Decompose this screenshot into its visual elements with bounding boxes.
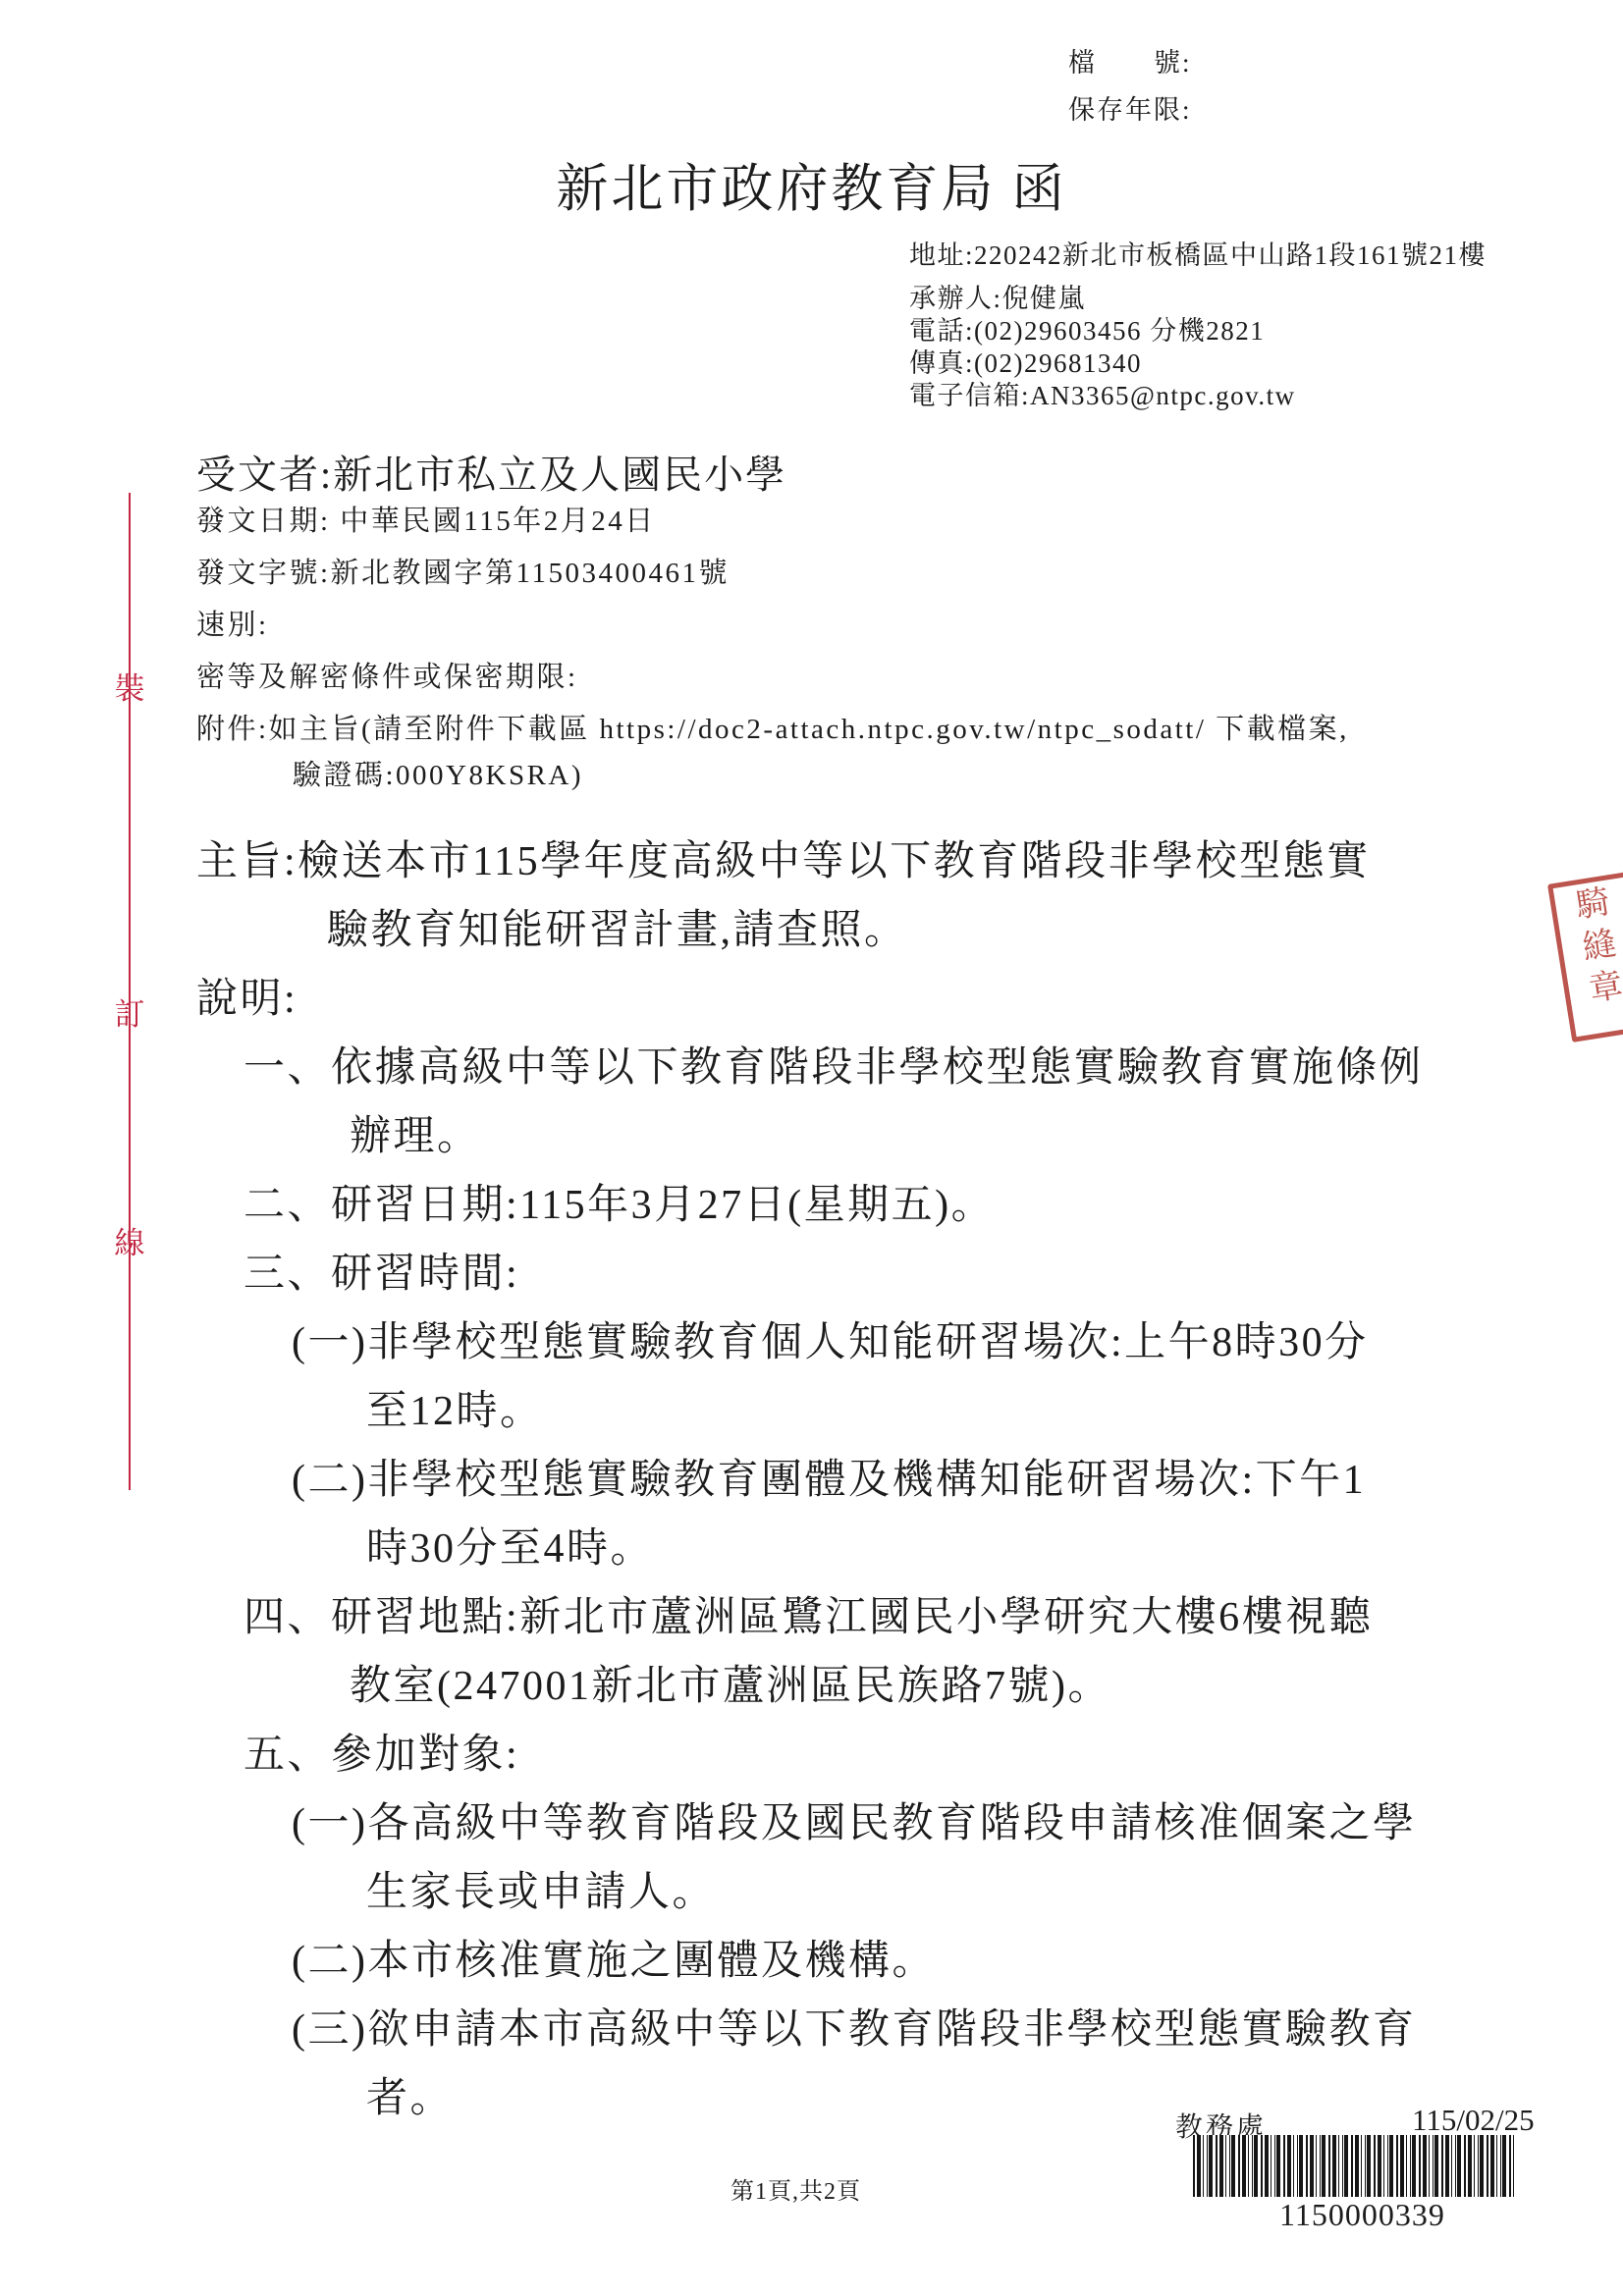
file-header-block: 檔 號: 保存年限: xyxy=(1068,39,1192,133)
attachment-line-1: 附件:如主旨(請至附件下載區 https://doc2-attach.ntpc.… xyxy=(196,704,1349,756)
page-number: 第1頁,共2頁 xyxy=(730,2171,861,2206)
barcode xyxy=(1193,2135,1514,2197)
item-3-sub-1-line-2: 至12時。 xyxy=(0,1377,1424,1446)
binding-mark-xian: 線 xyxy=(112,1218,147,1262)
document-title: 新北市政府教育局 函 xyxy=(0,147,1623,222)
item-5-sub-1-line-2: 生家長或申請人。 xyxy=(0,1858,1424,1927)
item-1-line-1: 一、依據高級中等以下教育階段非學校型態實驗教育實施條例 xyxy=(0,1034,1424,1102)
explanation-heading: 說明: xyxy=(0,965,1424,1034)
item-5-sub-3-line-1: (三)欲申請本市高級中等以下教育階段非學校型態實驗教育 xyxy=(0,1996,1424,2064)
footer-date: 115/02/25 xyxy=(1412,2103,1535,2138)
item-1-line-2: 辦理。 xyxy=(0,1102,1424,1171)
item-4-line-2: 教室(247001新北市蘆洲區民族路7號)。 xyxy=(0,1652,1424,1721)
subject-line-1: 主旨:檢送本市115學年度高級中等以下教育階段非學校型態實 xyxy=(0,828,1424,896)
attachment-line-2: 驗證碼:000Y8KSRA) xyxy=(196,756,1349,799)
issue-date-line: 發文日期: 中華民國115年2月24日 xyxy=(196,496,1349,548)
item-3-sub-2-line-1: (二)非學校型態實驗教育團體及機構知能研習場次:下午1 xyxy=(0,1446,1424,1515)
issue-number-line: 發文字號:新北教國字第11503400461號 xyxy=(196,548,1349,600)
seal-stamp-text: 騎縫章 xyxy=(1562,882,1623,1026)
recipient-line: 受文者:新北市私立及人國民小學 xyxy=(196,444,786,500)
item-3-sub-1-line-1: (一)非學校型態實驗教育個人知能研習場次:上午8時30分 xyxy=(0,1308,1424,1377)
retention-period-label: 保存年限: xyxy=(1068,86,1192,133)
item-5-line: 五、參加對象: xyxy=(0,1721,1424,1789)
letter-body: 主旨:檢送本市115學年度高級中等以下教育階段非學校型態實 驗教育知能研習計畫,… xyxy=(0,828,1424,2133)
subject-line-2: 驗教育知能研習計畫,請查照。 xyxy=(0,896,1424,965)
binding-mark-ding: 訂 xyxy=(112,989,147,1034)
sender-email: 電子信箱:AN3365@ntpc.gov.tw xyxy=(909,380,1487,412)
item-3-sub-2-line-2: 時30分至4時。 xyxy=(0,1515,1424,1583)
sender-phone: 電話:(02)29603456 分機2821 xyxy=(909,315,1487,347)
sender-fax: 傳真:(02)29681340 xyxy=(909,347,1487,380)
binding-mark-zhuang: 裝 xyxy=(112,664,147,708)
security-class-line: 密等及解密條件或保密期限: xyxy=(196,652,1349,704)
item-5-sub-1-line-1: (一)各高級中等教育階段及國民教育階段申請核准個案之學 xyxy=(0,1789,1424,1858)
barcode-number: 1150000339 xyxy=(1279,2197,1445,2233)
page-joint-seal-stamp: 騎縫章 xyxy=(1547,854,1623,1041)
item-5-sub-2-line: (二)本市核准實施之團體及機構。 xyxy=(0,1927,1424,1996)
sender-address: 地址:220242新北市板橋區中山路1段161號21樓 xyxy=(909,240,1487,272)
speed-class-line: 速別: xyxy=(196,600,1349,652)
sender-contact-block: 地址:220242新北市板橋區中山路1段161號21樓 承辦人:倪健嵐 電話:(… xyxy=(909,240,1487,412)
file-number-label: 檔 號: xyxy=(1068,39,1192,86)
document-meta-block: 發文日期: 中華民國115年2月24日 發文字號:新北教國字第115034004… xyxy=(196,496,1349,799)
item-3-line: 三、研習時間: xyxy=(0,1240,1424,1308)
item-2-line: 二、研習日期:115年3月27日(星期五)。 xyxy=(0,1171,1424,1240)
sender-contact-person: 承辦人:倪健嵐 xyxy=(909,283,1487,315)
official-letter-page: 檔 號: 保存年限: 新北市政府教育局 函 地址:220242新北市板橋區中山路… xyxy=(0,0,1623,2296)
item-4-line-1: 四、研習地點:新北市蘆洲區鷺江國民小學研究大樓6樓視聽 xyxy=(0,1583,1424,1652)
